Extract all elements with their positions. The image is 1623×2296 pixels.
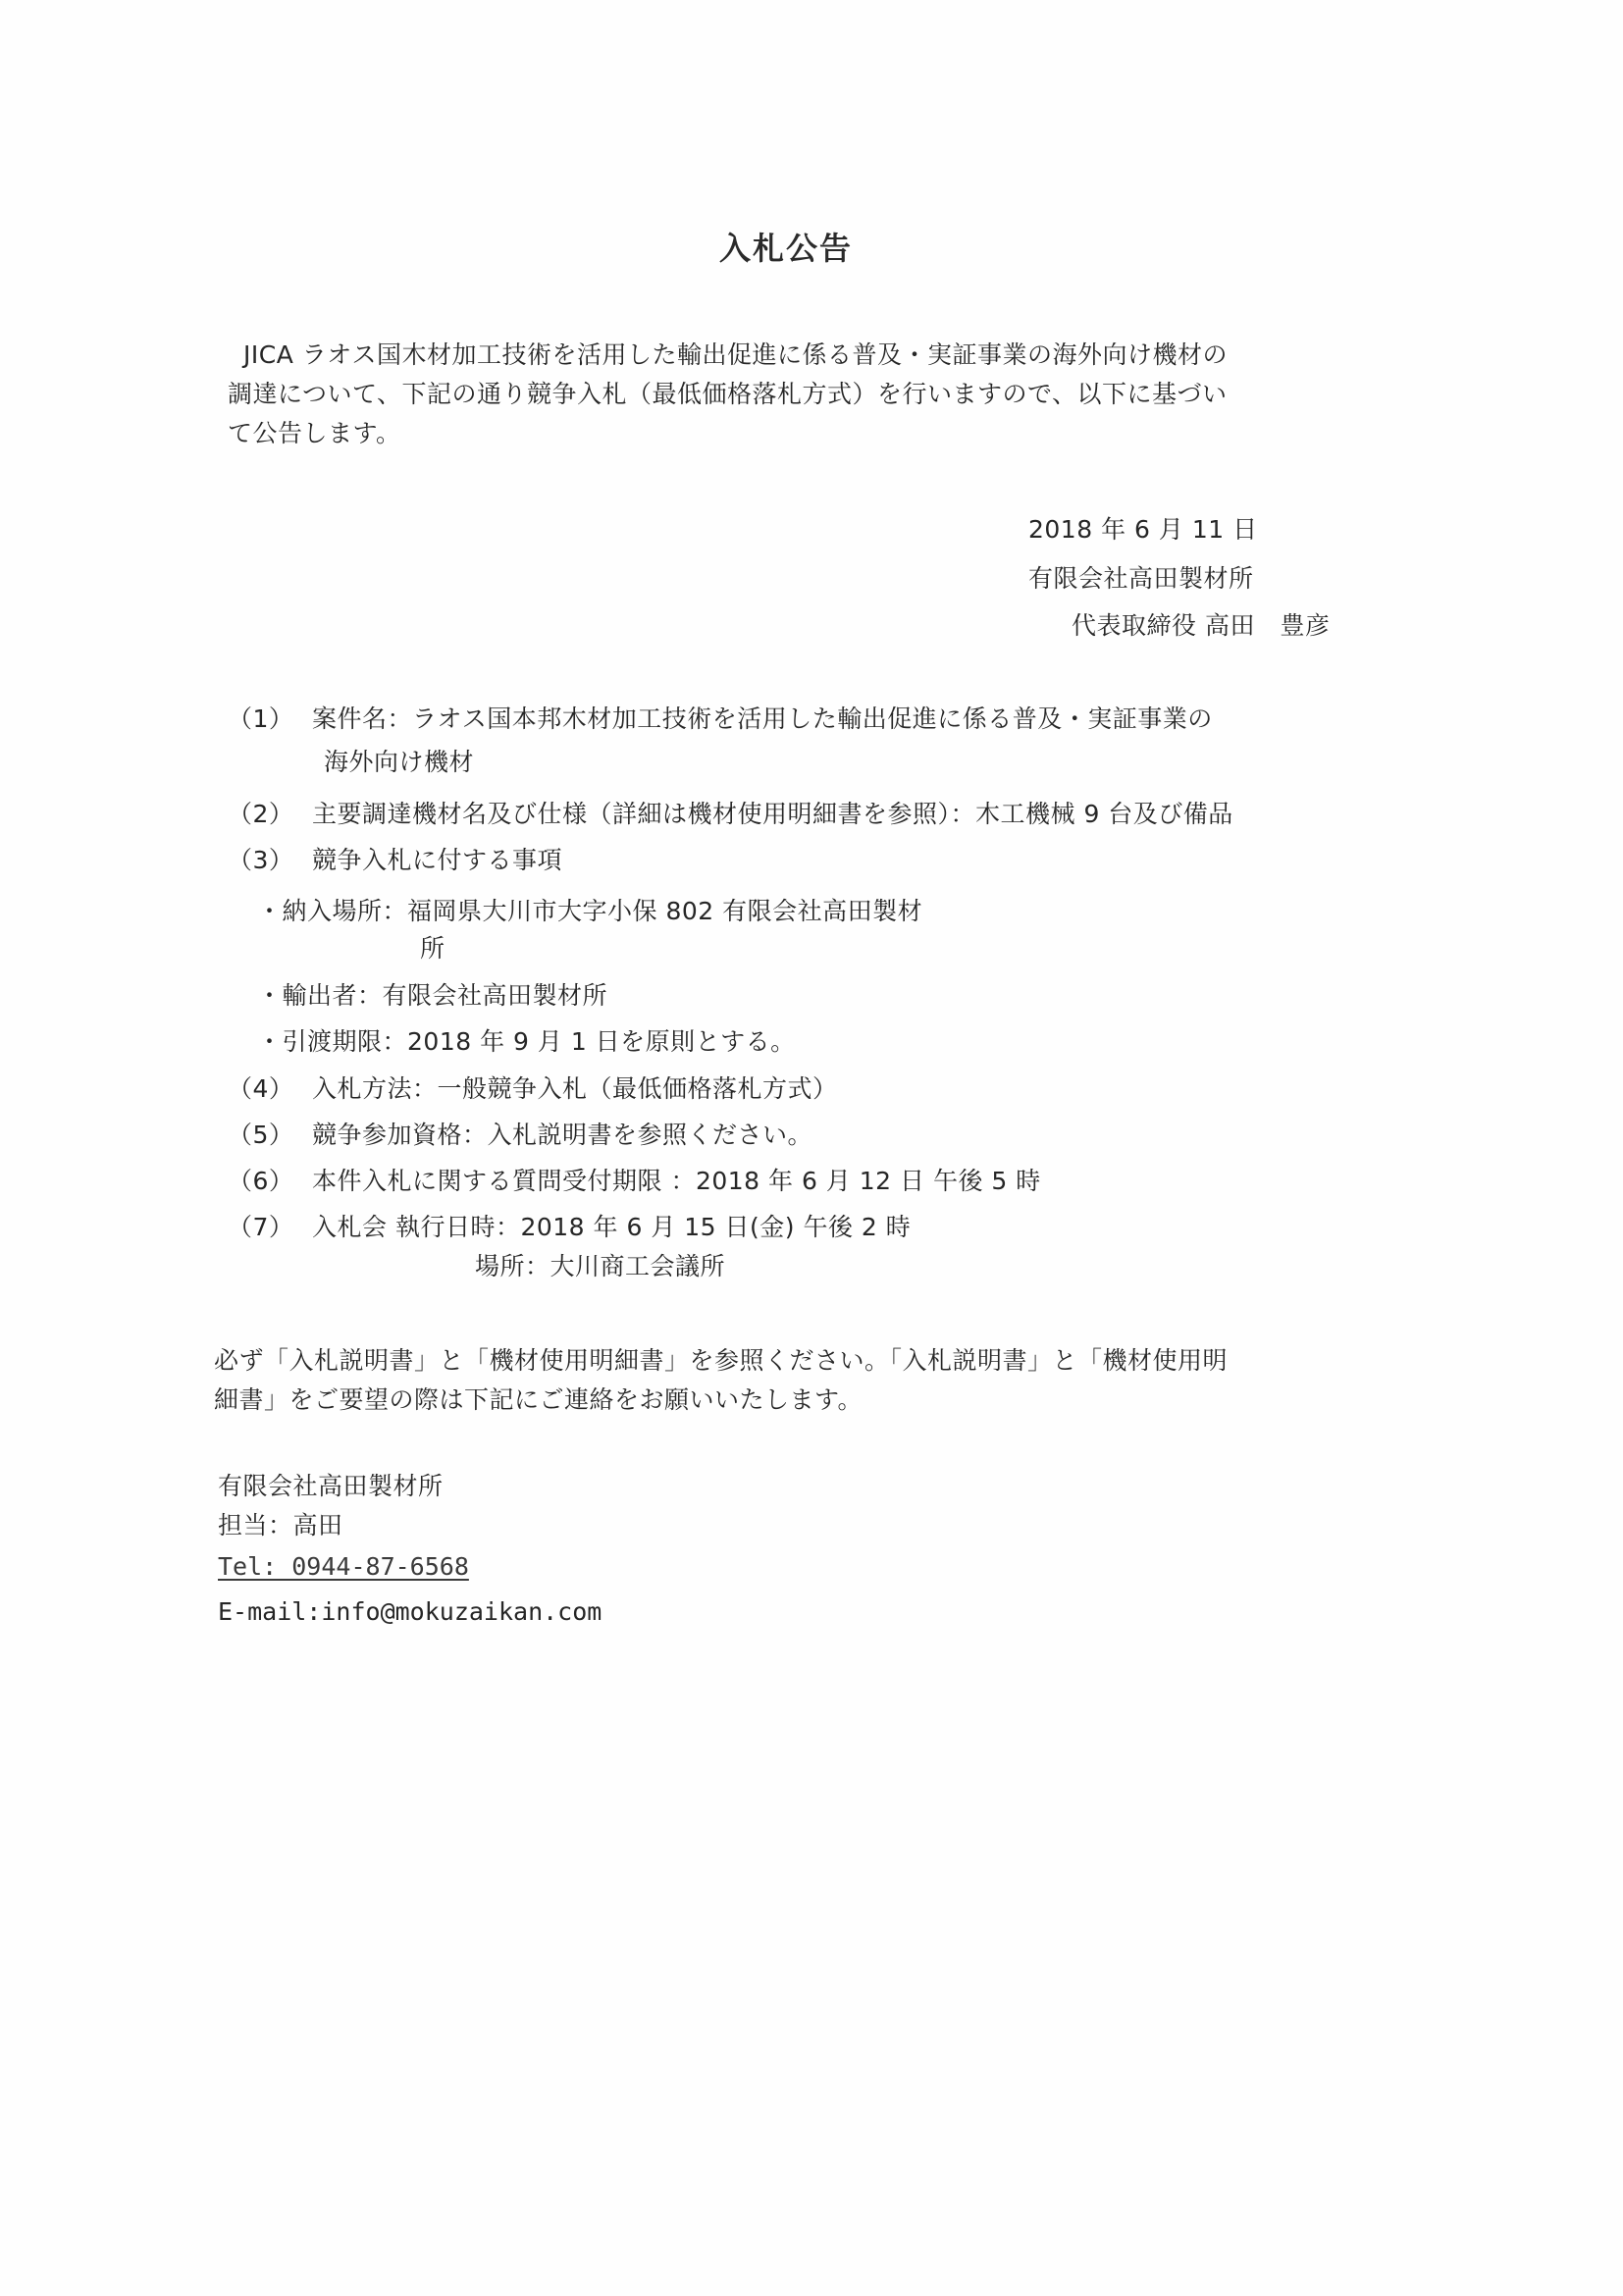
item-1-continued: 海外向け機材 bbox=[324, 748, 474, 777]
intro-line-1: JICA ラオス国木材加工技術を活用した輸出促進に係る普及・実証事業の海外向け機… bbox=[243, 340, 1228, 370]
document-page: 入札公告 JICA ラオス国木材加工技術を活用した輸出促進に係る普及・実証事業の… bbox=[0, 0, 1623, 2296]
subitem-delivery-place: ・納入場所：福岡県大川市大字小保 802 有限会社高田製材 bbox=[257, 897, 922, 926]
item-text: 入札会 執行日時：2018 年 6 月 15 日(金) 午後 2 時 bbox=[312, 1213, 911, 1241]
bullet: ・ bbox=[257, 981, 283, 1010]
item-7-venue: 場所：大川商工会議所 bbox=[475, 1252, 725, 1281]
item-text: 案件名：ラオス国本邦木材加工技術を活用した輸出促進に係る普及・実証事業の bbox=[312, 704, 1213, 733]
item-5: （5）競争参加資格：入札説明書を参照ください。 bbox=[228, 1121, 812, 1150]
notice-line-1: 必ず「入札説明書」と「機材使用明細書」を参照ください。「入札説明書」と「機材使用… bbox=[214, 1346, 1228, 1376]
subitem-text: 引渡期限：2018 年 9 月 1 日を原則とする。 bbox=[283, 1027, 796, 1056]
notice-line-2: 細書」をご要望の際は下記にご連絡をお願いいたします。 bbox=[214, 1385, 863, 1415]
subitem-exporter: ・輸出者：有限会社高田製材所 bbox=[257, 981, 607, 1011]
item-4: （4）入札方法：一般競争入札（最低価格落札方式） bbox=[228, 1074, 838, 1104]
item-text: 入札方法：一般競争入札（最低価格落札方式） bbox=[312, 1074, 838, 1103]
item-number: （5） bbox=[228, 1121, 312, 1150]
issue-date: 2018 年 6 月 11 日 bbox=[1028, 515, 1258, 545]
item-7: （7）入札会 執行日時：2018 年 6 月 15 日(金) 午後 2 時 bbox=[228, 1213, 911, 1242]
item-text: 本件入札に関する質問受付期限 ：2018 年 6 月 12 日 午後 5 時 bbox=[312, 1167, 1041, 1195]
document-title: 入札公告 bbox=[719, 224, 853, 269]
intro-line-2: 調達について、下記の通り競争入札（最低価格落札方式）を行いますので、以下に基づい bbox=[228, 380, 1228, 409]
item-text: 主要調達機材名及び仕様（詳細は機材使用明細書を参照）：木工機械 9 台及び備品 bbox=[312, 800, 1233, 828]
issuer-representative: 代表取締役 高田 豊彦 bbox=[1072, 611, 1330, 641]
item-number: （1） bbox=[228, 704, 312, 734]
item-6: （6）本件入札に関する質問受付期限 ：2018 年 6 月 12 日 午後 5 … bbox=[228, 1167, 1041, 1196]
intro-line-3: て公告します。 bbox=[228, 419, 401, 448]
subitem-delivery-place-continued: 所 bbox=[420, 934, 445, 964]
item-2: （2）主要調達機材名及び仕様（詳細は機材使用明細書を参照）：木工機械 9 台及び… bbox=[228, 800, 1233, 829]
bullet: ・ bbox=[257, 897, 283, 925]
bullet: ・ bbox=[257, 1027, 283, 1056]
subitem-text: 納入場所：福岡県大川市大字小保 802 有限会社高田製材 bbox=[283, 897, 923, 925]
item-number: （7） bbox=[228, 1213, 312, 1242]
subitem-text: 輸出者：有限会社高田製材所 bbox=[283, 981, 608, 1010]
contact-person: 担当：高田 bbox=[218, 1511, 343, 1540]
issuer-company: 有限会社高田製材所 bbox=[1028, 564, 1254, 594]
item-1: （1）案件名：ラオス国本邦木材加工技術を活用した輸出促進に係る普及・実証事業の bbox=[228, 704, 1213, 734]
item-number: （6） bbox=[228, 1167, 312, 1196]
item-text: 競争入札に付する事項 bbox=[312, 846, 562, 874]
item-number: （2） bbox=[228, 800, 312, 829]
contact-tel-link[interactable]: Tel: 0944-87-6568 bbox=[218, 1552, 469, 1581]
contact-email: E-mail:info@mokuzaikan.com bbox=[218, 1597, 602, 1626]
subitem-delivery-deadline: ・引渡期限：2018 年 9 月 1 日を原則とする。 bbox=[257, 1027, 796, 1057]
item-3: （3）競争入札に付する事項 bbox=[228, 846, 562, 875]
item-text: 競争参加資格：入札説明書を参照ください。 bbox=[312, 1121, 812, 1149]
item-number: （4） bbox=[228, 1074, 312, 1104]
contact-company: 有限会社高田製材所 bbox=[218, 1472, 444, 1501]
item-number: （3） bbox=[228, 846, 312, 875]
